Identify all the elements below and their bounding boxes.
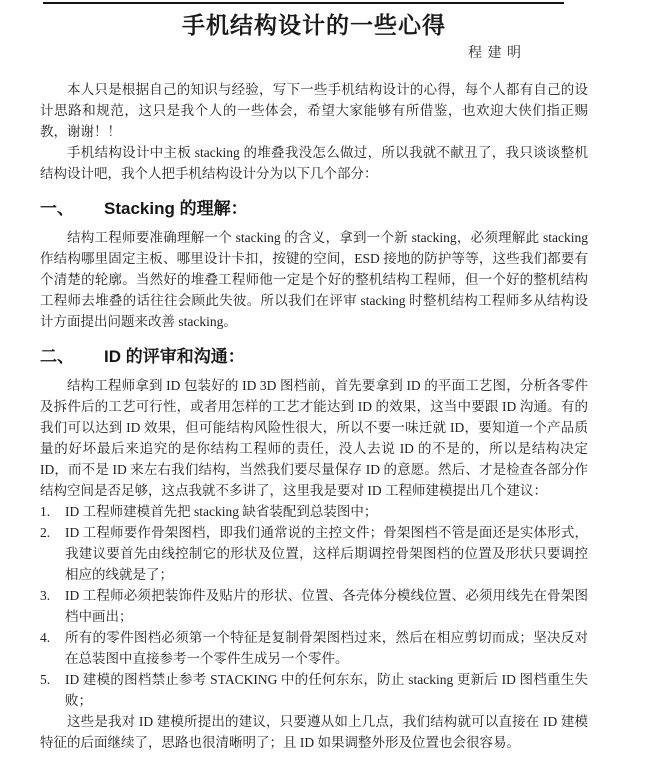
section-heading-id-review: 二、ID 的评审和沟通： (40, 346, 588, 368)
list-item: 2. ID 工程师要作骨架图档，即我们通常说的主控文件；骨架图档不管是面还是实体… (40, 522, 588, 585)
list-item-number: 2. (40, 522, 65, 543)
list-item-text: ID 建模的图档禁止参考 STACKING 中的任何东东，防止 stacking… (65, 669, 588, 711)
list-item: 3. ID 工程师必须把装饰件及贴片的形状、位置、各壳体分模线位置、必须用线先在… (40, 585, 588, 627)
list-item-number: 1. (40, 501, 65, 522)
suggestion-list: 1. ID 工程师建模首先把 stacking 缺省装配到总装图中； 2. ID… (40, 501, 588, 711)
list-item-number: 4. (40, 627, 65, 648)
section-title: ID 的评审和沟通： (104, 347, 245, 366)
list-item-text: ID 工程师必须把装饰件及贴片的形状、位置、各壳体分模线位置、必须用线先在骨架图… (65, 585, 588, 627)
section-number: 二、 (40, 346, 104, 368)
list-item-text: ID 工程师建模首先把 stacking 缺省装配到总装图中； (65, 501, 588, 522)
section-number: 一、 (40, 198, 104, 220)
document-page: 手机结构设计的一些心得 程 建 明 本人只是根据自己的知识与经验，写下一些手机结… (0, 0, 645, 760)
closing-paragraph: 这些是我对 ID 建模所提出的建议，只要遵从如上几点，我们结构就可以直接在 ID… (40, 711, 588, 753)
section-paragraph: 结构工程师要准确理解一个 stacking 的含义，拿到一个新 stacking… (40, 227, 588, 332)
section-title: Stacking 的理解： (104, 199, 248, 218)
page-title: 手机结构设计的一些心得 (40, 10, 588, 40)
list-item: 1. ID 工程师建模首先把 stacking 缺省装配到总装图中； (40, 501, 588, 522)
list-item: 4. 所有的零件图档必须第一个特征是复制骨架图档过来，然后在相应剪切而成；坚决反… (40, 627, 588, 669)
intro-paragraph: 手机结构设计中主板 stacking 的堆叠我没怎么做过，所以我就不献丑了，我只… (40, 142, 588, 184)
author-name: 程 建 明 (40, 43, 588, 64)
section-paragraph: 结构工程师拿到 ID 包装好的 ID 3D 图档前，首先要拿到 ID 的平面工艺… (40, 375, 588, 501)
list-item-text: ID 工程师要作骨架图档，即我们通常说的主控文件；骨架图档不管是面还是实体形式，… (65, 522, 588, 585)
list-item: 5. ID 建模的图档禁止参考 STACKING 中的任何东东，防止 stack… (40, 669, 588, 711)
section-heading-stacking: 一、Stacking 的理解： (40, 198, 588, 220)
list-item-number: 5. (40, 669, 65, 690)
header-rule (43, 2, 564, 4)
intro-paragraph: 本人只是根据自己的知识与经验，写下一些手机结构设计的心得，每个人都有自己的设计思… (40, 79, 588, 142)
list-item-text: 所有的零件图档必须第一个特征是复制骨架图档过来，然后在相应剪切而成；坚决反对在总… (65, 627, 588, 669)
list-item-number: 3. (40, 585, 65, 606)
